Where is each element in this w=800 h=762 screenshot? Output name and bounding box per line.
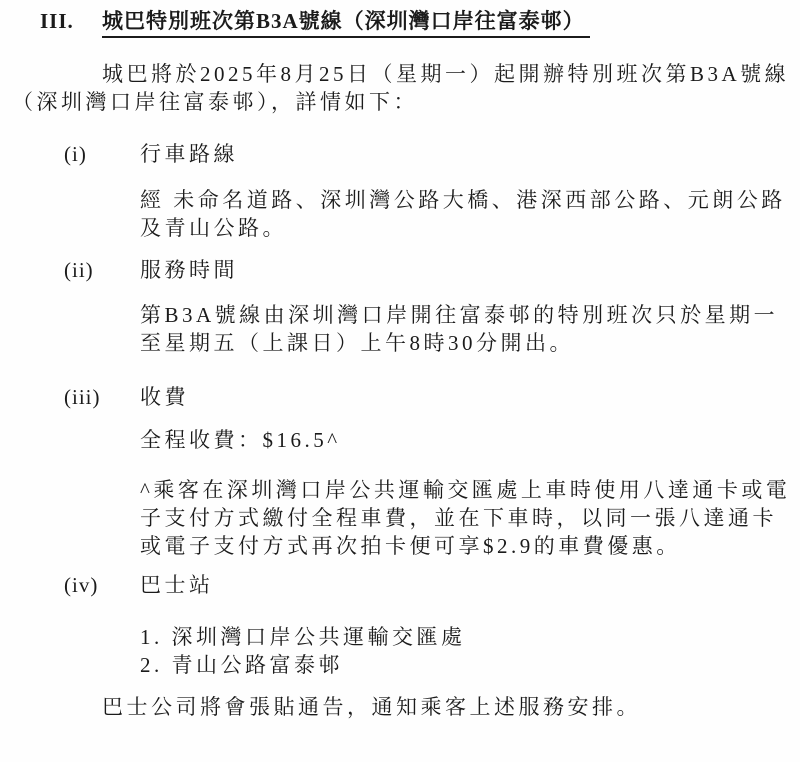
intro-paragraph: 城巴將於2025年8月25日（星期一）起開辦特別班次第B3A號線 （深圳灣口岸往… (0, 60, 800, 116)
service-line-2: 至星期五（上課日）上午8時30分開出。 (140, 329, 800, 357)
stop-item-1: 1. 深圳灣口岸公共運輸交匯處 (140, 623, 800, 651)
intro-line-1: 城巴將於2025年8月25日（星期一）起開辦特別班次第B3A號線 (102, 60, 800, 88)
route-line-1: 經 未命名道路、深圳灣公路大橋、港深西部公路、元朗公路 (140, 186, 800, 214)
section-fare-heading: (iii) 收費 (0, 383, 800, 411)
heading-title: 城巴特別班次第B3A號線（深圳灣口岸往富泰邨） (102, 7, 590, 38)
footnote-line-2: 子支付方式繳付全程車費，並在下車時，以同一張八達通卡 (140, 504, 800, 532)
section-route-heading: (i) 行車路線 (0, 140, 800, 168)
stop-item-2: 2. 青山公路富泰邨 (140, 651, 800, 679)
fare-amount-line: 全程收費：$16.5^ (140, 426, 800, 454)
section-service-title: 服務時間 (140, 256, 238, 284)
notice-document-page: III.城巴特別班次第B3A號線（深圳灣口岸往富泰邨） 城巴將於2025年8月2… (0, 0, 800, 762)
section-route-body: 經 未命名道路、深圳灣公路大橋、港深西部公路、元朗公路 及青山公路。 (140, 186, 800, 242)
heading-number: III. (40, 7, 102, 35)
section-service-label: (ii) (64, 256, 140, 284)
section-fare-title: 收費 (140, 383, 189, 411)
section-route-title: 行車路線 (140, 140, 238, 168)
route-line-2: 及青山公路。 (140, 214, 800, 242)
section-service-heading: (ii) 服務時間 (0, 256, 800, 284)
doc-heading: III.城巴特別班次第B3A號線（深圳灣口岸往富泰邨） (0, 7, 800, 38)
footnote-line-1: ^乘客在深圳灣口岸公共運輸交匯處上車時使用八達通卡或電 (140, 476, 800, 504)
service-line-1: 第B3A號線由深圳灣口岸開往富泰邨的特別班次只於星期一 (140, 301, 800, 329)
footnote-line-3: 或電子支付方式再次拍卡便可享$2.9的車費優惠。 (140, 532, 800, 560)
fare-footnote: ^乘客在深圳灣口岸公共運輸交匯處上車時使用八達通卡或電 子支付方式繳付全程車費，… (140, 476, 800, 560)
stop-list: 1. 深圳灣口岸公共運輸交匯處 2. 青山公路富泰邨 (140, 623, 800, 679)
section-stops-label: (iv) (64, 571, 140, 599)
closing-paragraph: 巴士公司將會張貼通告，通知乘客上述服務安排。 (102, 693, 800, 721)
section-route-label: (i) (64, 140, 140, 168)
section-service-body: 第B3A號線由深圳灣口岸開往富泰邨的特別班次只於星期一 至星期五（上課日）上午8… (140, 301, 800, 357)
section-stops-heading: (iv) 巴士站 (0, 571, 800, 599)
section-stops-title: 巴士站 (140, 571, 214, 599)
intro-line-2: （深圳灣口岸往富泰邨），詳情如下： (12, 88, 800, 116)
section-fare-label: (iii) (64, 383, 140, 411)
